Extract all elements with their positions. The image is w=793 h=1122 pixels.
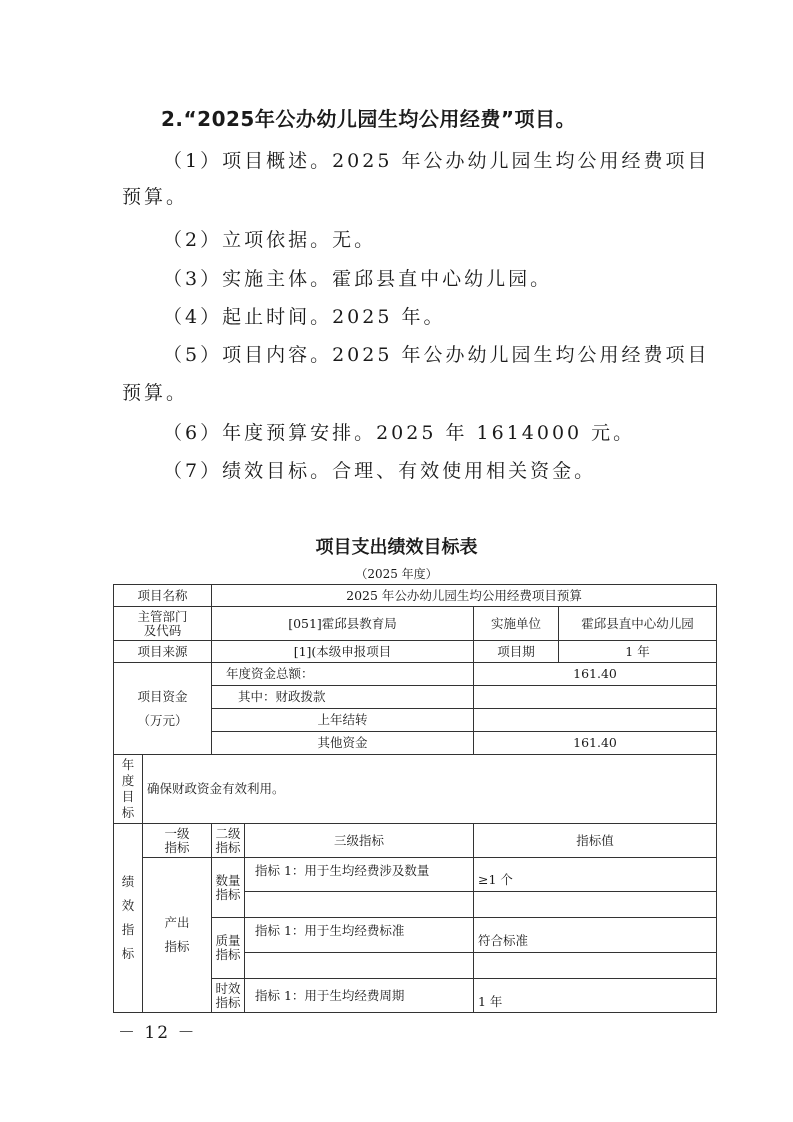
table-subtitle: （2025 年度） — [0, 565, 793, 582]
value-timeliness: 1 年 — [474, 979, 717, 1013]
header-level3: 三级指标 — [245, 824, 474, 858]
funds-other-label: 其他资金 — [212, 732, 474, 755]
item-5-line1: （5）项目内容。2025 年公办幼儿园生均公用经费项目 — [163, 340, 709, 367]
project-name-label: 项目名称 — [114, 585, 212, 607]
funds-carryover-value — [474, 709, 717, 732]
item-1-line1: （1）项目概述。2025 年公办幼儿园生均公用经费项目 — [163, 146, 709, 173]
indicator-quantity: 指标 1：用于生均经费涉及数量 — [245, 858, 474, 892]
source-label: 项目来源 — [114, 641, 212, 663]
annual-goal: 确保财政资金有效利用。 — [143, 755, 717, 824]
indicator-quality: 指标 1：用于生均经费标准 — [245, 918, 474, 953]
source-value: [1](本级申报项目 — [212, 641, 474, 663]
indicator-empty — [245, 953, 474, 979]
project-name: 2025 年公办幼儿园生均公用经费项目预算 — [212, 585, 717, 607]
section-heading: 2.“2025年公办幼儿园生均公用经费”项目。 — [161, 103, 576, 132]
dept-label: 主管部门及代码 — [114, 607, 212, 641]
funds-total-label: 年度资金总额： — [212, 663, 474, 686]
indicator-empty — [245, 892, 474, 918]
performance-target-table: 项目名称 2025 年公办幼儿园生均公用经费项目预算 主管部门及代码 [051]… — [113, 584, 717, 1013]
page-number: － 12 － — [118, 1018, 196, 1043]
level2-quality: 质量指标 — [212, 918, 245, 979]
value-empty — [474, 953, 717, 979]
value-quantity: ≥1 个 — [474, 858, 717, 892]
impl-unit-label: 实施单位 — [474, 607, 559, 641]
item-4: （4）起止时间。2025 年。 — [163, 302, 445, 329]
item-1-line2: 预算。 — [122, 182, 188, 209]
funds-fiscal-value — [474, 686, 717, 709]
item-3: （3）实施主体。霍邱县直中心幼儿园。 — [163, 264, 552, 291]
perf-indicators-label: 绩效指标 — [114, 824, 143, 1013]
period-label: 项目期 — [474, 641, 559, 663]
level2-quantity: 数量指标 — [212, 858, 245, 918]
impl-unit-value: 霍邱县直中心幼儿园 — [559, 607, 717, 641]
level2-timeliness: 时效指标 — [212, 979, 245, 1013]
value-quality: 符合标准 — [474, 918, 717, 953]
header-level2: 二级指标 — [212, 824, 245, 858]
funds-other-value: 161.40 — [474, 732, 717, 755]
period-value: 1 年 — [559, 641, 717, 663]
item-5-line2: 预算。 — [122, 378, 188, 405]
funds-carryover-label: 上年结转 — [212, 709, 474, 732]
funds-label: 项目资金（万元） — [114, 663, 212, 755]
dept-value: [051]霍邱县教育局 — [212, 607, 474, 641]
level1-output: 产出指标 — [143, 858, 212, 1013]
value-empty — [474, 892, 717, 918]
item-6: （6）年度预算安排。2025 年 1614000 元。 — [163, 418, 635, 445]
item-2: （2）立项依据。无。 — [163, 225, 376, 252]
funds-fiscal-label: 其中：财政拨款 — [212, 686, 474, 709]
header-value: 指标值 — [474, 824, 717, 858]
item-7: （7）绩效目标。合理、有效使用相关资金。 — [163, 456, 596, 483]
annual-goal-label: 年度目标 — [114, 755, 143, 824]
funds-total-value: 161.40 — [474, 663, 717, 686]
header-level1: 一级指标 — [143, 824, 212, 858]
table-title: 项目支出绩效目标表 — [0, 533, 793, 559]
indicator-timeliness: 指标 1：用于生均经费周期 — [245, 979, 474, 1013]
